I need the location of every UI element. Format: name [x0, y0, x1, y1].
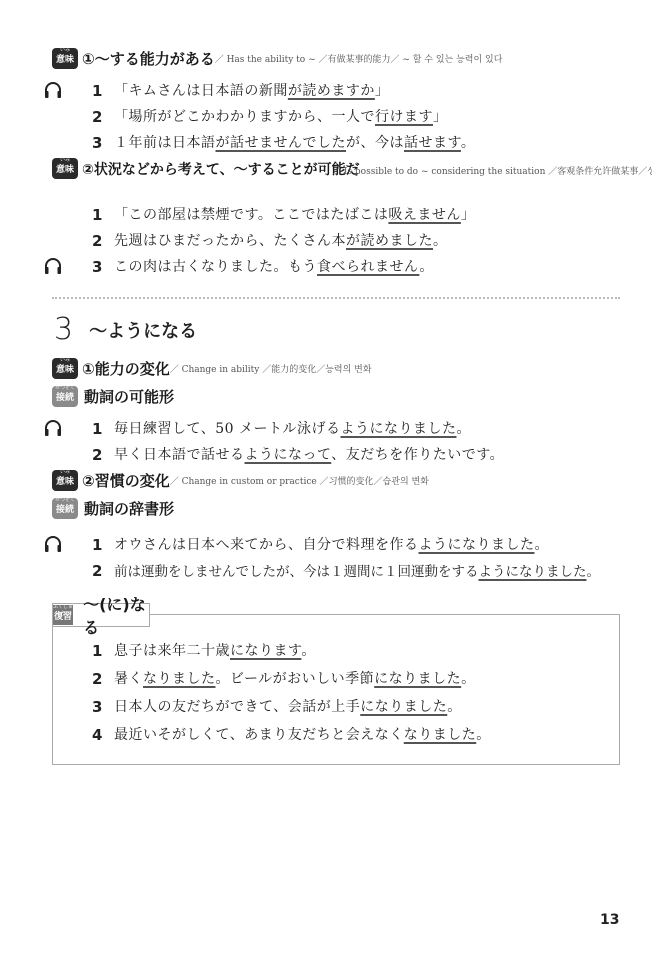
review-sentence: 4 最近いそがしくて、あまり友だちと会えなくなりました。 [92, 724, 491, 744]
example-sentence: 3 １年前は日本語が話せませんでしたが、今は話せます。 [92, 132, 475, 152]
review-box-top-border [148, 614, 619, 615]
review-header: ふくしゅう復習 〜(に)なる [52, 603, 150, 627]
meaning-tag: いみ意味 [52, 470, 78, 491]
example-sentence: 2 前は運動をしませんでしたが、今は１週間に１回運動をするようになりました。 [92, 560, 600, 580]
meaning-header: いみ意味 ②習慣の変化 ／ Change in custom or practi… [52, 470, 429, 491]
audio-icon[interactable] [44, 258, 62, 274]
meaning-gloss: ／ Is possible to do ~ considering the si… [332, 164, 622, 177]
review-sentence: 1 息子は来年二十歳になります。 [92, 640, 316, 660]
meaning-heading: ①能力の変化 [82, 358, 170, 379]
example-sentence: 3 この肉は古くなりました。もう食べられません。 [92, 256, 434, 276]
meaning-gloss: ／ Has the ability to ~ ／有做某事的能力／ ~ 할 수 있… [215, 52, 503, 65]
meaning-tag: いみ意味 [52, 158, 78, 179]
meaning-1-header: いみ意味 ①〜する能力がある ／ Has the ability to ~ ／有… [52, 48, 502, 69]
meaning-gloss: ／ Change in custom or practice ／习惯的变化／습관… [170, 474, 429, 487]
example-sentence: 2 早く日本語で話せるようになって、友だちを作りたいです。 [92, 444, 504, 464]
meaning-tag: いみ意味 [52, 358, 78, 379]
section-divider [52, 297, 620, 299]
audio-icon[interactable] [44, 420, 62, 436]
example-sentence: 1 「キムさんは日本語の新聞が読めますか」 [92, 80, 389, 100]
review-sentence: 3 日本人の友だちができて、会話が上手になりました。 [92, 696, 462, 716]
review-title: 〜(に)なる [83, 592, 149, 638]
example-sentence: 1 オウさんは日本へ来てから、自分で料理を作るようになりました。 [92, 534, 549, 554]
example-sentence: 2 「場所がどこかわかりますから、一人で行けます」 [92, 106, 448, 126]
connection-form: 動詞の辞書形 [84, 498, 174, 519]
example-sentence: 1 「この部屋は禁煙です。ここではたばこは吸えません」 [92, 204, 475, 224]
review-sentence: 2 暑くなりました。ビールがおいしい季節になりました。 [92, 668, 476, 688]
connection-form: 動詞の可能形 [84, 386, 174, 407]
meaning-heading: ②習慣の変化 [82, 470, 170, 491]
connection-tag: せつぞく接続 [52, 498, 78, 519]
connection-header: せつぞく接続 動詞の辞書形 [52, 498, 174, 519]
meaning-heading: ②状況などから考えて、〜することが可能だ [82, 159, 360, 179]
connection-header: せつぞく接続 動詞の可能形 [52, 386, 174, 407]
meaning-heading: ①〜する能力がある [82, 48, 215, 69]
section-title: 〜ようになる [89, 317, 197, 343]
meaning-tag: いみ意味 [52, 48, 78, 69]
review-tag: ふくしゅう復習 [53, 605, 73, 625]
meaning-2-header: いみ意味 ②状況などから考えて、〜することが可能だ ／ Is possible … [52, 158, 622, 179]
example-sentence: 1 毎日練習して、50 メートル泳げるようになりました。 [92, 418, 471, 438]
meaning-gloss: ／ Change in ability ／能力的变化／능력의 변화 [170, 362, 372, 375]
connection-tag: せつぞく接続 [52, 386, 78, 407]
section-number: 3 [54, 312, 73, 347]
audio-icon[interactable] [44, 536, 62, 552]
audio-icon[interactable] [44, 82, 62, 98]
page-number: 13 [600, 912, 619, 928]
meaning-header: いみ意味 ①能力の変化 ／ Change in ability ／能力的变化／능… [52, 358, 372, 379]
section-3-title: 3 〜ようになる [54, 312, 197, 347]
example-sentence: 2 先週はひまだったから、たくさん本が読めました。 [92, 230, 448, 250]
